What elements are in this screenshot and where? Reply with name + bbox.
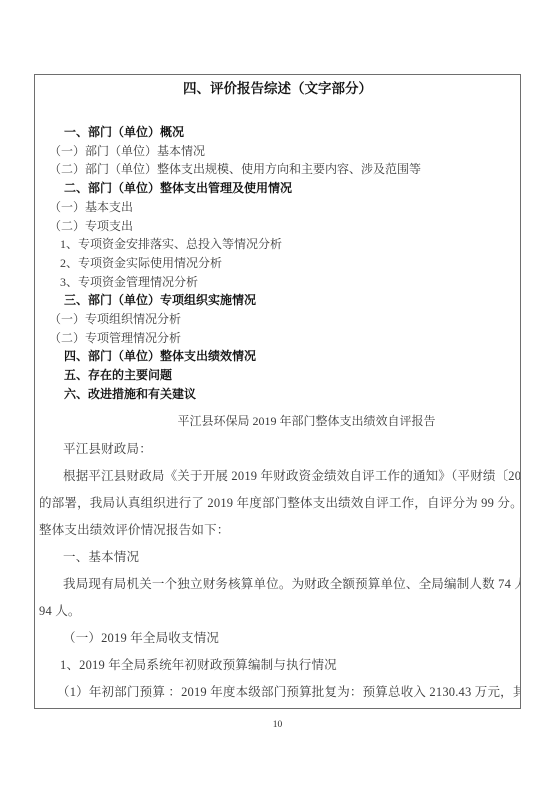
body-line-subsection-heading: 1、2019 年全局系统年初财政预算编制与执行情况	[35, 652, 520, 679]
toc-item: 二、部门（单位）整体支出管理及使用情况	[35, 179, 520, 198]
toc-item: 1、专项资金安排落实、总投入等情况分析	[35, 235, 520, 254]
body-line: 94 人。	[35, 598, 520, 625]
body-line-section-heading: 一、基本情况	[35, 544, 520, 571]
report-subtitle: 平江县环保局 2019 年部门整体支出绩效自评报告	[35, 412, 520, 431]
content-border-box: 四、评价报告综述（文字部分） 一、部门（单位）概况 （一）部门（单位）基本情况 …	[34, 74, 521, 709]
toc-item: （一）专项组织情况分析	[35, 310, 520, 329]
toc-item: （二）专项支出	[35, 217, 520, 236]
body-line: （1）年初部门预算 ：2019 年度本级部门预算批复为：预算总收入 2130.4…	[35, 679, 520, 706]
toc-item: 2、专项资金实际使用情况分析	[35, 254, 520, 273]
toc-item: 四、部门（单位）整体支出绩效情况	[35, 347, 520, 366]
report-body: 平江县财政局： 根据平江县财政局《关于开展 2019 年财政资金绩效自评工作的通…	[35, 436, 520, 706]
body-line: 整体支出绩效评价情况报告如下：	[35, 517, 520, 544]
toc-item: （一）部门（单位）基本情况	[35, 142, 520, 161]
document-page: { "page": { "title": "四、评价报告综述（文字部分）", "…	[0, 0, 555, 785]
toc-item: 三、部门（单位）专项组织实施情况	[35, 291, 520, 310]
toc-item: （二）部门（单位）整体支出规模、使用方向和主要内容、涉及范围等	[35, 160, 520, 179]
toc-item: 一、部门（单位）概况	[35, 123, 520, 142]
page-title: 四、评价报告综述（文字部分）	[35, 80, 520, 98]
toc-item: 六、改进措施和有关建议	[35, 385, 520, 404]
body-line: 的部署，我局认真组织进行了 2019 年度部门整体支出绩效自评工作，自评分为 9…	[35, 490, 520, 517]
page-number: 10	[0, 720, 555, 730]
toc-item: 3、专项资金管理情况分析	[35, 273, 520, 292]
body-line: 根据平江县财政局《关于开展 2019 年财政资金绩效自评工作的通知》（平财绩〔2…	[35, 463, 520, 490]
toc-item: （二）专项管理情况分析	[35, 329, 520, 348]
table-of-contents: 一、部门（单位）概况 （一）部门（单位）基本情况 （二）部门（单位）整体支出规模…	[35, 123, 520, 404]
toc-item: 五、存在的主要问题	[35, 366, 520, 385]
body-line-subsection-heading: （一）2019 年全局收支情况	[35, 625, 520, 652]
body-line-salutation: 平江县财政局：	[35, 436, 520, 463]
toc-item: （一）基本支出	[35, 198, 520, 217]
body-line: 我局现有局机关一个独立财务核算单位。为财政全额预算单位、全局编制人数 74 人，…	[35, 571, 520, 598]
